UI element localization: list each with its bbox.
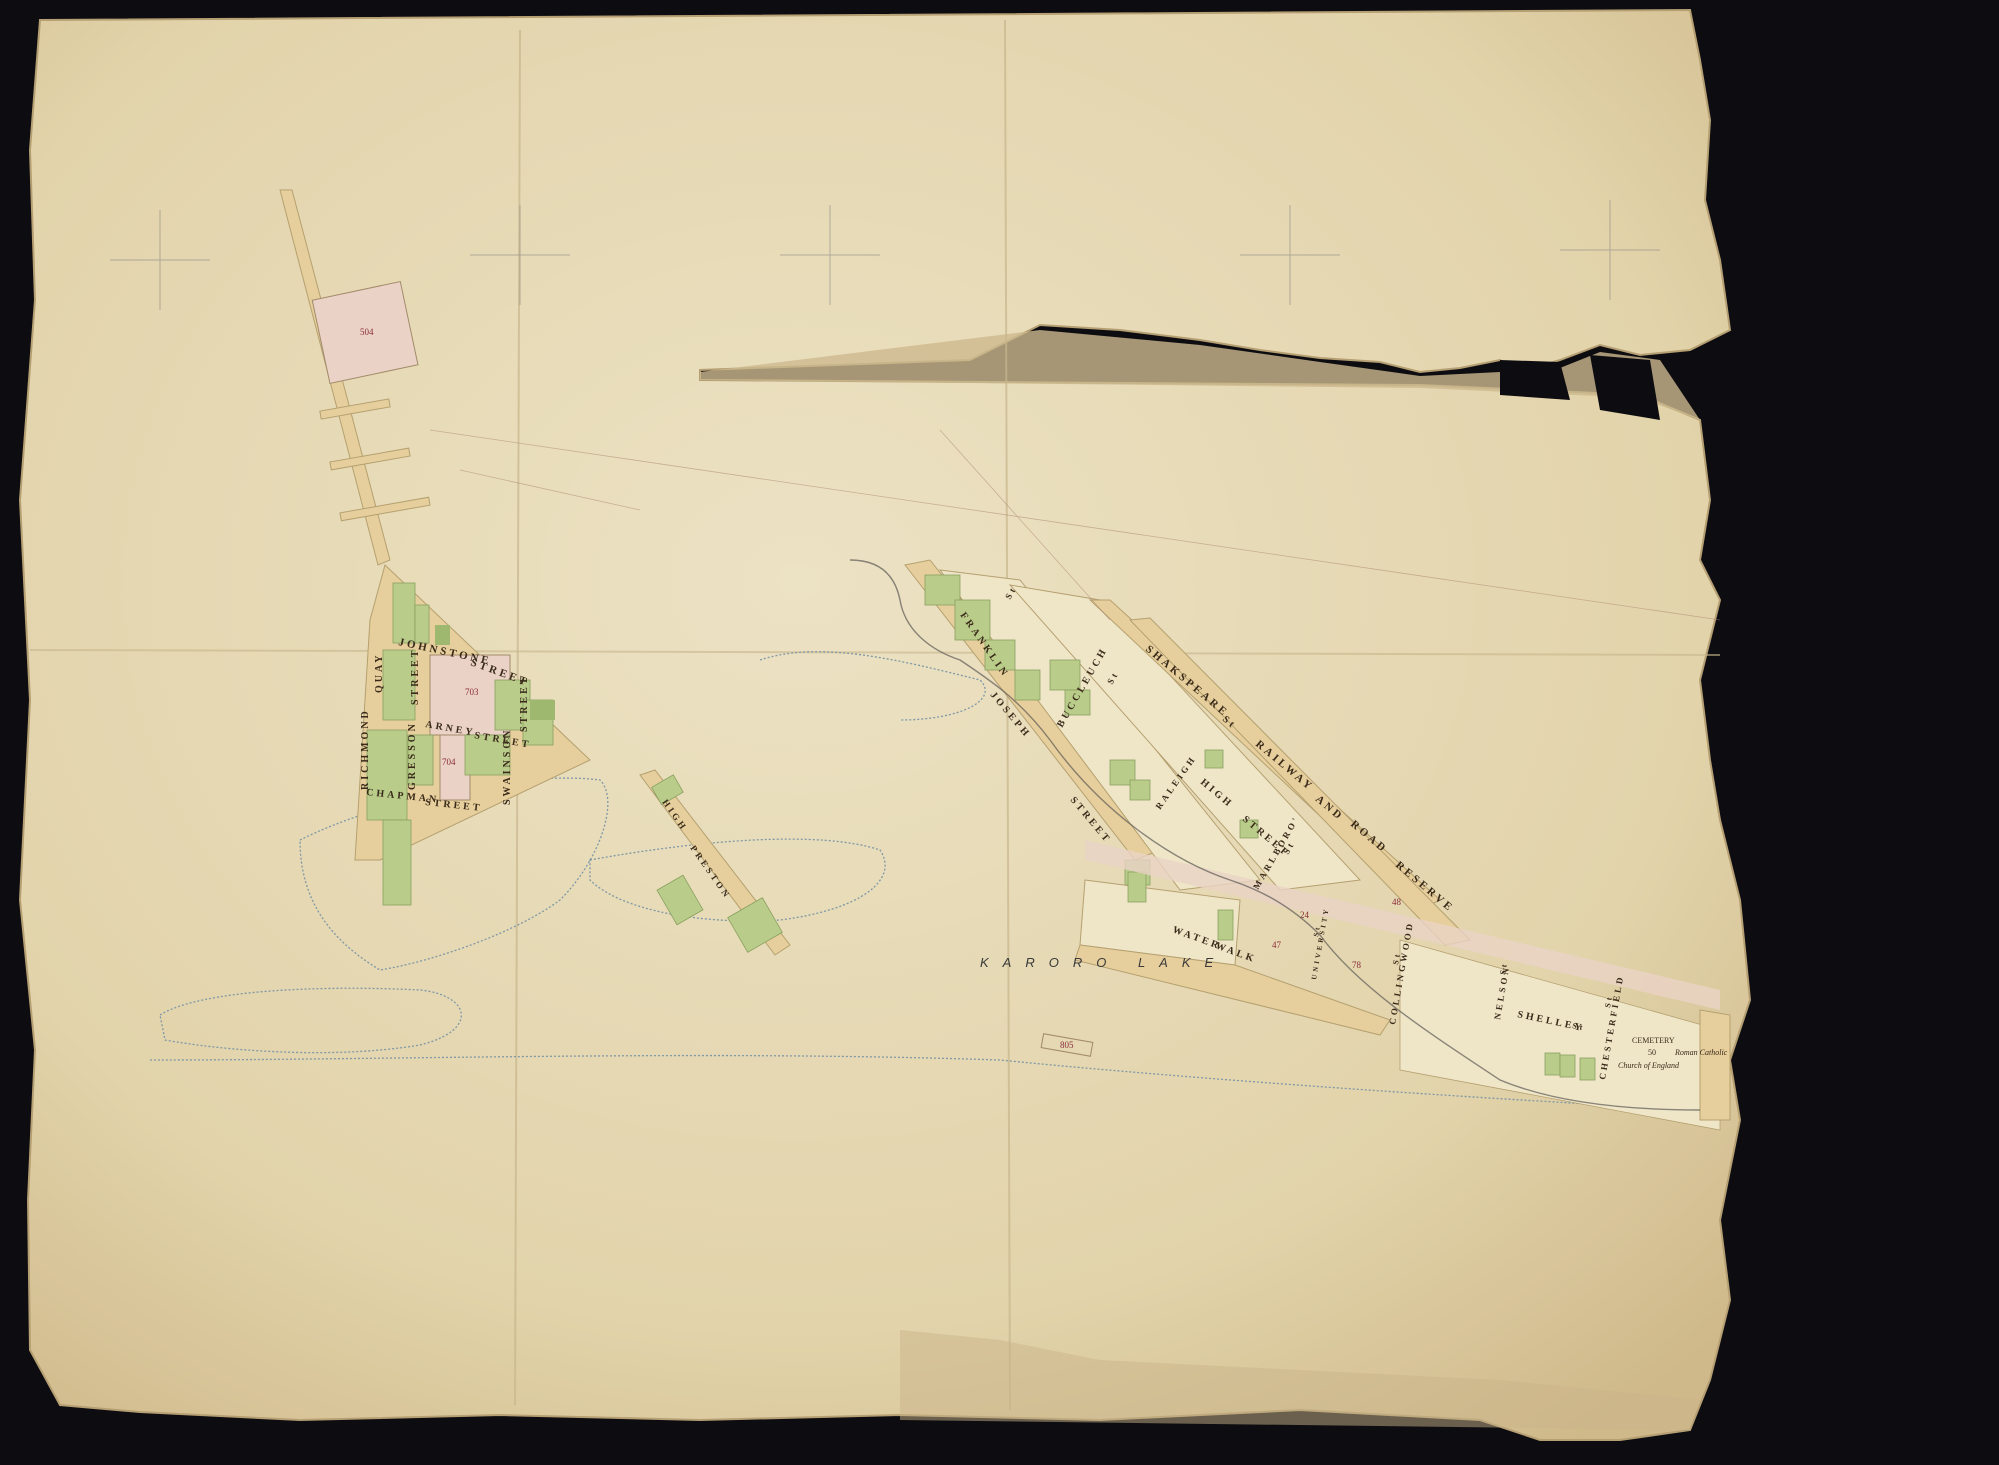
svg-text:QUAY: QUAY — [374, 652, 385, 693]
svg-text:504: 504 — [360, 327, 374, 337]
svg-text:GRESSON: GRESSON — [407, 721, 418, 790]
svg-text:48: 48 — [1392, 897, 1402, 907]
svg-text:STREET: STREET — [519, 675, 530, 732]
paper-sheet — [20, 10, 1750, 1440]
svg-text:47: 47 — [1272, 940, 1282, 950]
svg-text:703: 703 — [465, 687, 479, 697]
svg-text:SWAINSON: SWAINSON — [502, 728, 513, 805]
svg-text:RICHMOND: RICHMOND — [360, 708, 371, 790]
svg-text:805: 805 — [1060, 1040, 1074, 1050]
svg-text:KARORO LAKE: KARORO LAKE — [980, 955, 1227, 970]
svg-text:Church of England: Church of England — [1618, 1061, 1680, 1070]
svg-text:78: 78 — [1352, 960, 1362, 970]
svg-text:Roman Catholic: Roman Catholic — [1674, 1048, 1728, 1057]
svg-text:704: 704 — [442, 757, 456, 767]
svg-text:50: 50 — [1648, 1048, 1656, 1057]
svg-text:CEMETERY: CEMETERY — [1632, 1036, 1675, 1045]
svg-text:STREET: STREET — [410, 648, 421, 705]
map-canvas: 504 703 704 JOHNSTONE STREET QUAY STREET — [0, 0, 1999, 1465]
